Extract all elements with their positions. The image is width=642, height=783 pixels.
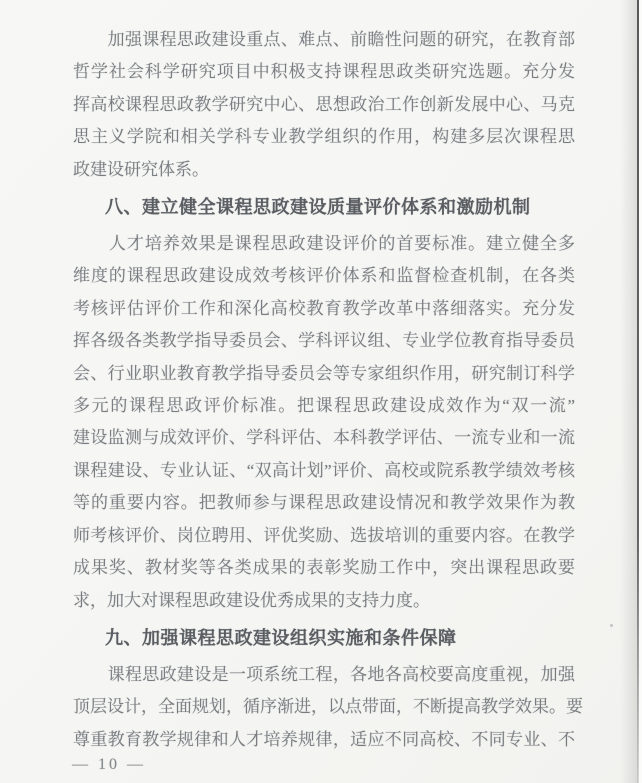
text-line: 课程思政建设是一项系统工程，各地各高校要高度重视，加强 bbox=[73, 659, 575, 691]
scan-speck-artifact bbox=[610, 624, 613, 627]
heading-section-9: 九、加强课程思政建设组织实施和条件保障 bbox=[73, 623, 575, 653]
text-line: 挥各级各类教学指导委员会、学科评议组、专业学位教育指导委员 bbox=[73, 325, 575, 357]
text-line: 求，加大对课程思政建设优秀成果的支持力度。 bbox=[73, 585, 575, 617]
text-line: 挥高校课程思政教学研究中心、思想政治工作创新发展中心、马克 bbox=[73, 89, 575, 121]
text-line: 师考核评价、岗位聘用、评优奖励、选拔培训的重要内容。在教学 bbox=[73, 520, 575, 552]
paragraph-evaluation-incentive: 人才培养效果是课程思政建设评价的首要标准。建立健全多维度的课程思政建设成效考核评… bbox=[73, 228, 575, 617]
text-line: 等的重要内容。把教师参与课程思政建设情况和教学效果作为教 bbox=[73, 487, 575, 519]
text-line: 维度的课程思政建设成效考核评价体系和监督检查机制，在各类 bbox=[73, 260, 575, 292]
text-line: 思主义学院和相关学科专业教学组织的作用，构建多层次课程思 bbox=[73, 121, 575, 153]
text-line: 会、行业职业教育教学指导委员会等专家组织作用，研究制订科学 bbox=[73, 358, 575, 390]
text-line: 课程建设、专业认证、“双高计划”评价、高校或院系教学绩效考核 bbox=[73, 455, 575, 487]
text-line: 考核评估评价工作和深化高校教育教学改革中落细落实。充分发 bbox=[73, 293, 575, 325]
document-body: 加强课程思政建设重点、难点、前瞻性问题的研究，在教育部哲学社会科学研究项目中积极… bbox=[73, 24, 575, 756]
text-line: 多元的课程思政评价标准。把课程思政建设成效作为“双一流” bbox=[73, 390, 575, 422]
paragraph-implementation-guarantee: 课程思政建设是一项系统工程，各地各高校要高度重视，加强顶层设计，全面规划，循序渐… bbox=[73, 659, 575, 756]
text-line: 尊重教育教学规律和人才培养规律，适应不同高校、不同专业、不 bbox=[73, 724, 575, 756]
paragraph-research-system: 加强课程思政建设重点、难点、前瞻性问题的研究，在教育部哲学社会科学研究项目中积极… bbox=[73, 24, 575, 186]
heading-section-8: 八、建立健全课程思政建设质量评价体系和激励机制 bbox=[73, 192, 575, 222]
text-line: 成果奖、教材奖等各类成果的表彰奖励工作中，突出课程思政要 bbox=[73, 552, 575, 584]
text-line: 哲学社会科学研究项目中积极支持课程思政类研究选题。充分发 bbox=[73, 56, 575, 88]
scan-edge-shadow bbox=[620, 0, 638, 783]
text-line: 政建设研究体系。 bbox=[73, 154, 575, 186]
text-line: 顶层设计，全面规划，循序渐进，以点带面，不断提高教学效果。要 bbox=[73, 691, 575, 723]
text-line: 加强课程思政建设重点、难点、前瞻性问题的研究，在教育部 bbox=[73, 24, 575, 56]
page-number: — 10 — bbox=[72, 755, 146, 775]
text-line: 建设监测与成效评价、学科评估、本科教学评估、一流专业和一流 bbox=[73, 422, 575, 454]
text-line: 人才培养效果是课程思政建设评价的首要标准。建立健全多 bbox=[73, 228, 575, 260]
scanned-document-page: 加强课程思政建设重点、难点、前瞻性问题的研究，在教育部哲学社会科学研究项目中积极… bbox=[0, 0, 642, 783]
